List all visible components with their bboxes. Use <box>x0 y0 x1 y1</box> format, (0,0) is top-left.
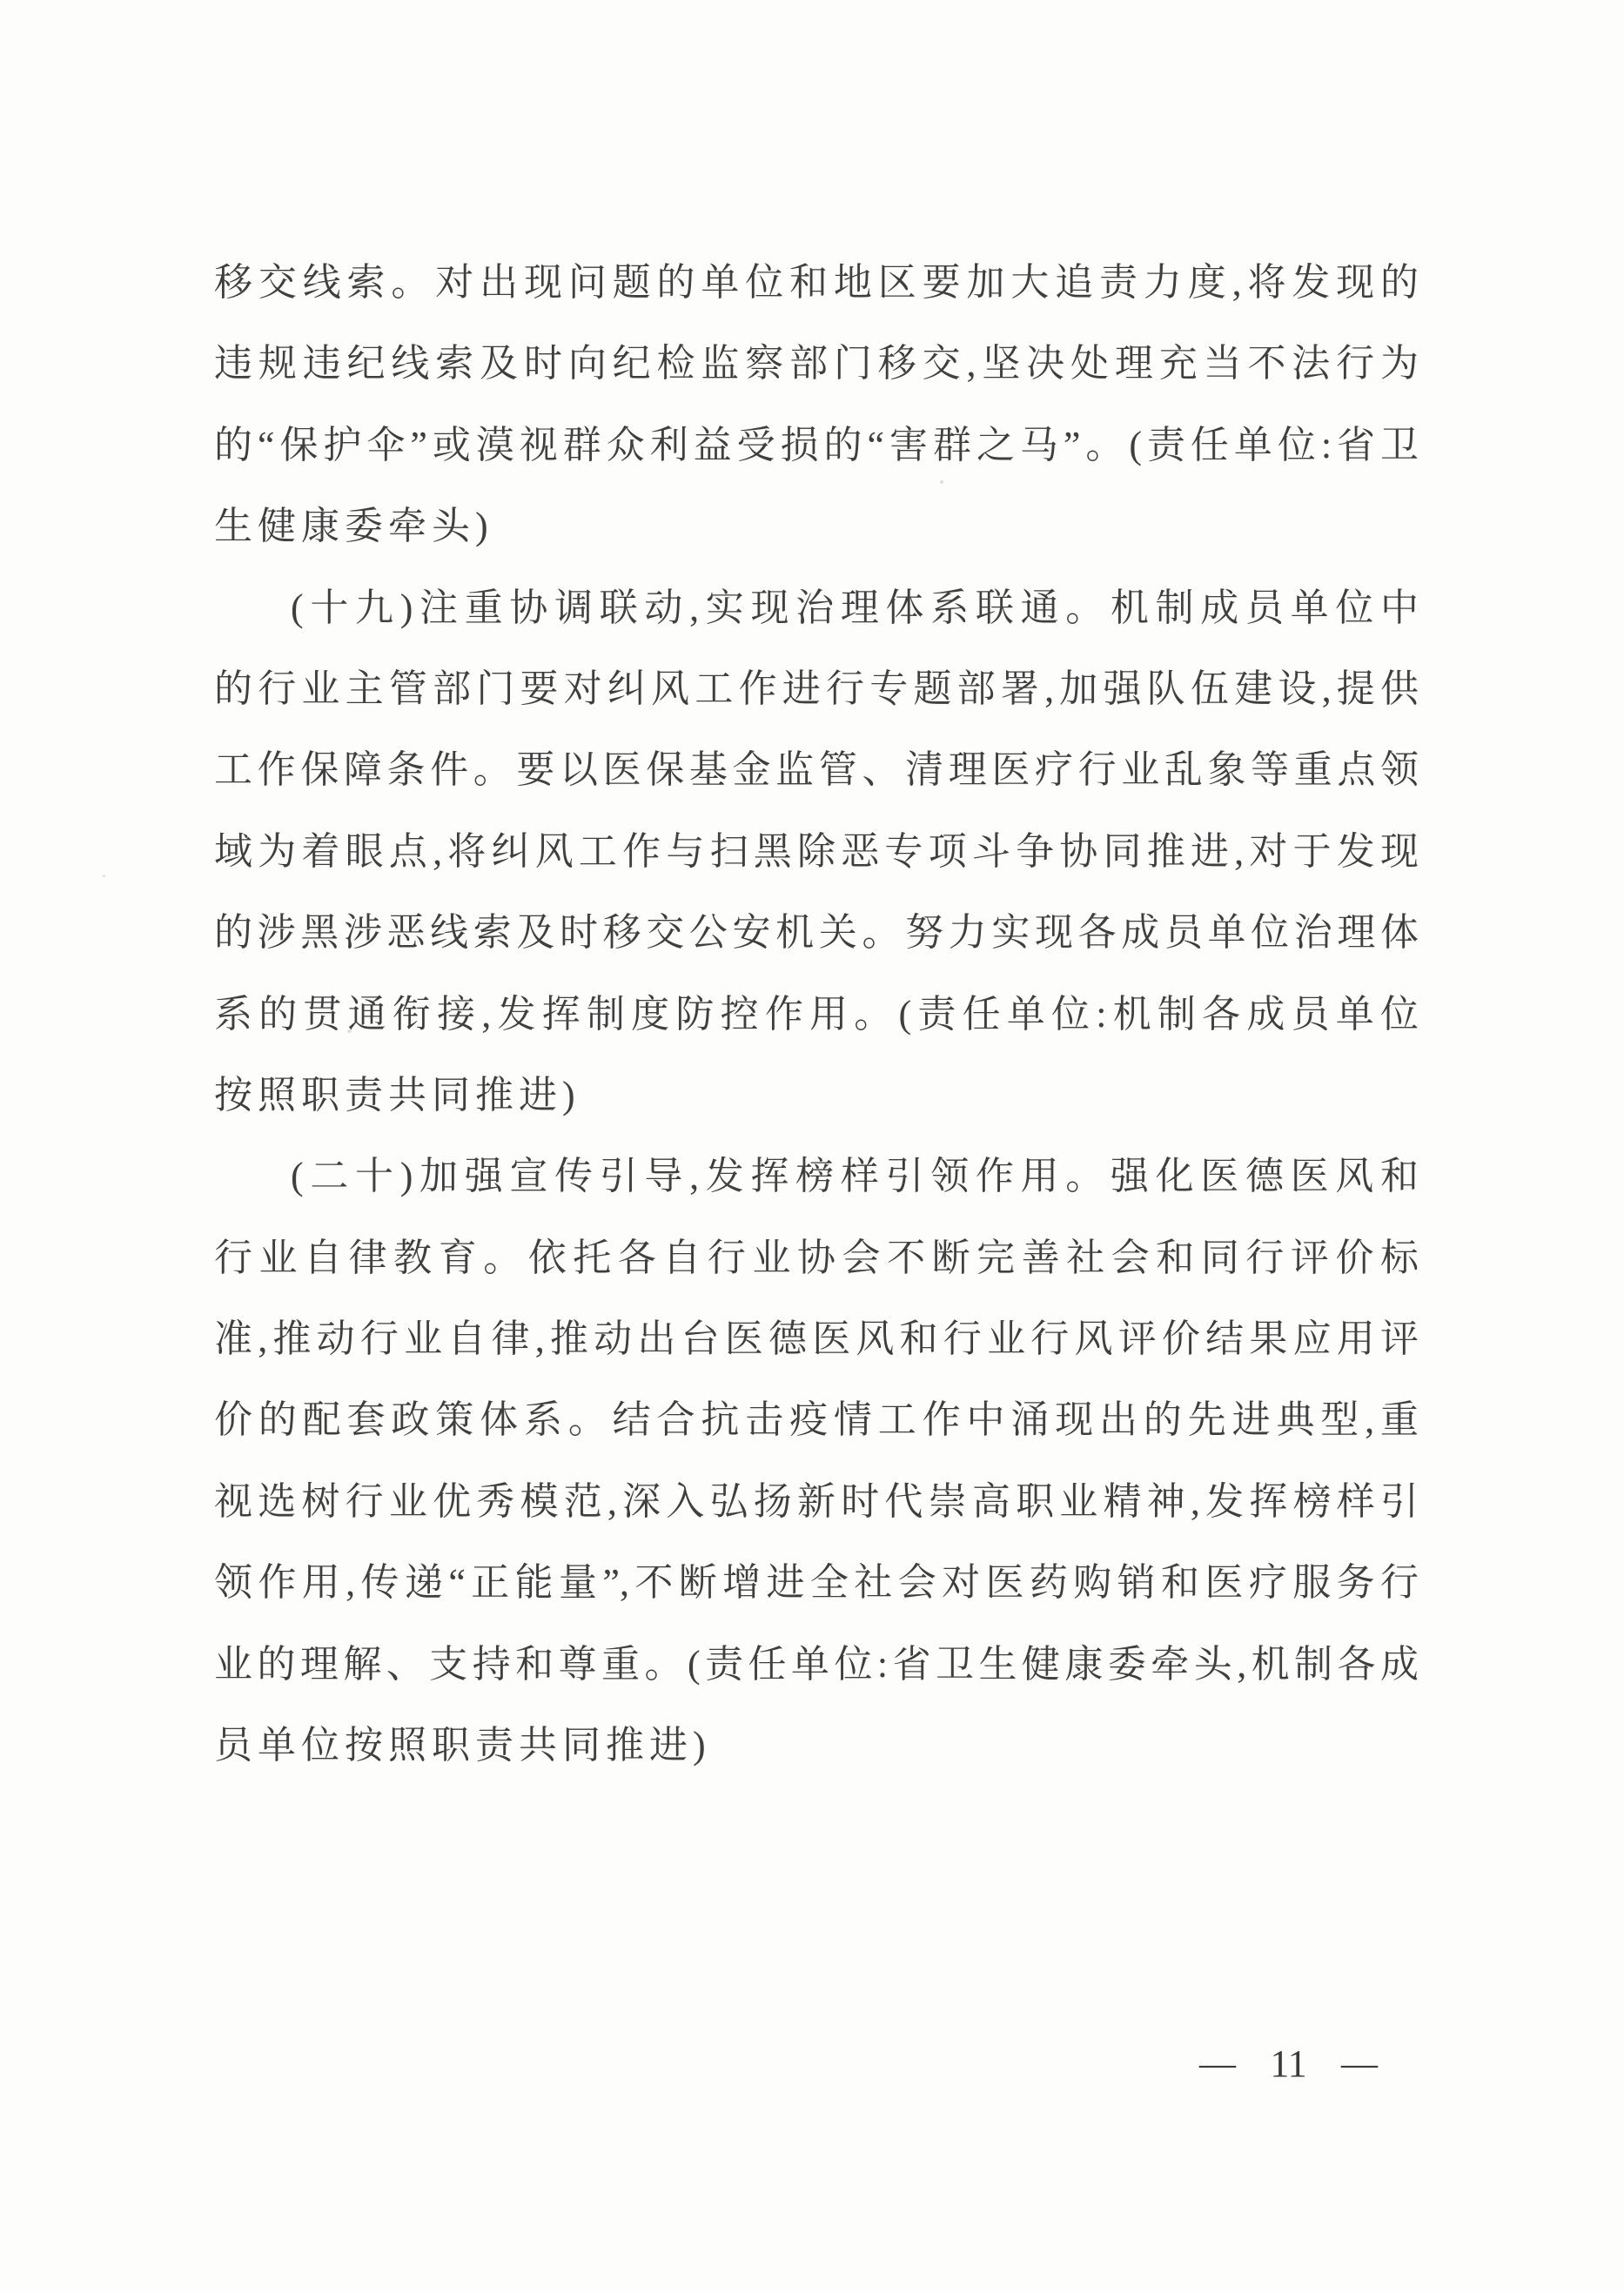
footer-right-dash: — <box>1341 2038 1378 2090</box>
text-line: 员单位按照职责共同推进) <box>214 1705 1419 1786</box>
text-line: 违规违纪线索及时向纪检监察部门移交,坚决处理充当不法行为 <box>214 323 1419 404</box>
text-line: 业的理解、支持和尊重。(责任单位:省卫生健康委牵头,机制各成 <box>214 1624 1419 1705</box>
text-line: 行业自律教育。依托各自行业协会不断完善社会和同行评价标 <box>214 1217 1419 1298</box>
page-number: 11 <box>1270 2038 1306 2090</box>
text-line: 按照职责共同推进) <box>214 1055 1419 1136</box>
document-page: 移交线索。对出现问题的单位和地区要加大追责力度,将发现的 违规违纪线索及时向纪检… <box>0 0 1624 2293</box>
text-line: 工作保障条件。要以医保基金监管、清理医疗行业乱象等重点领 <box>214 729 1419 810</box>
scan-noise-speck <box>347 1029 352 1033</box>
text-line: 的涉黑涉恶线索及时移交公安机关。努力实现各成员单位治理体 <box>214 892 1419 973</box>
text-line: 准,推动行业自律,推动出台医德医风和行业行风评价结果应用评 <box>214 1298 1419 1379</box>
text-line: 生健康委牵头) <box>214 486 1419 567</box>
scan-noise-speck <box>940 480 943 484</box>
text-line: 价的配套政策体系。结合抗击疫情工作中涌现出的先进典型,重 <box>214 1379 1419 1460</box>
page-footer: — 11 — <box>1199 2038 1378 2090</box>
footer-left-dash: — <box>1199 2038 1236 2090</box>
text-line: 域为着眼点,将纠风工作与扫黑除恶专项斗争协同推进,对于发现 <box>214 811 1419 892</box>
text-line: (二十)加强宣传引导,发挥榜样引领作用。强化医德医风和 <box>214 1136 1419 1217</box>
text-line: 的“保护伞”或漠视群众利益受损的“害群之马”。(责任单位:省卫 <box>214 405 1419 486</box>
scan-noise-speck <box>103 875 105 877</box>
text-line: 的行业主管部门要对纠风工作进行专题部署,加强队伍建设,提供 <box>214 648 1419 729</box>
text-line: 视选树行业优秀模范,深入弘扬新时代崇高职业精神,发挥榜样引 <box>214 1461 1419 1542</box>
text-line: 系的贯通衔接,发挥制度防控作用。(责任单位:机制各成员单位 <box>214 974 1419 1055</box>
text-line: 领作用,传递“正能量”,不断增进全社会对医药购销和医疗服务行 <box>214 1542 1419 1623</box>
document-body: 移交线索。对出现问题的单位和地区要加大追责力度,将发现的 违规违纪线索及时向纪检… <box>214 242 1419 1786</box>
text-line: 移交线索。对出现问题的单位和地区要加大追责力度,将发现的 <box>214 242 1419 323</box>
text-line: (十九)注重协调联动,实现治理体系联通。机制成员单位中 <box>214 567 1419 648</box>
